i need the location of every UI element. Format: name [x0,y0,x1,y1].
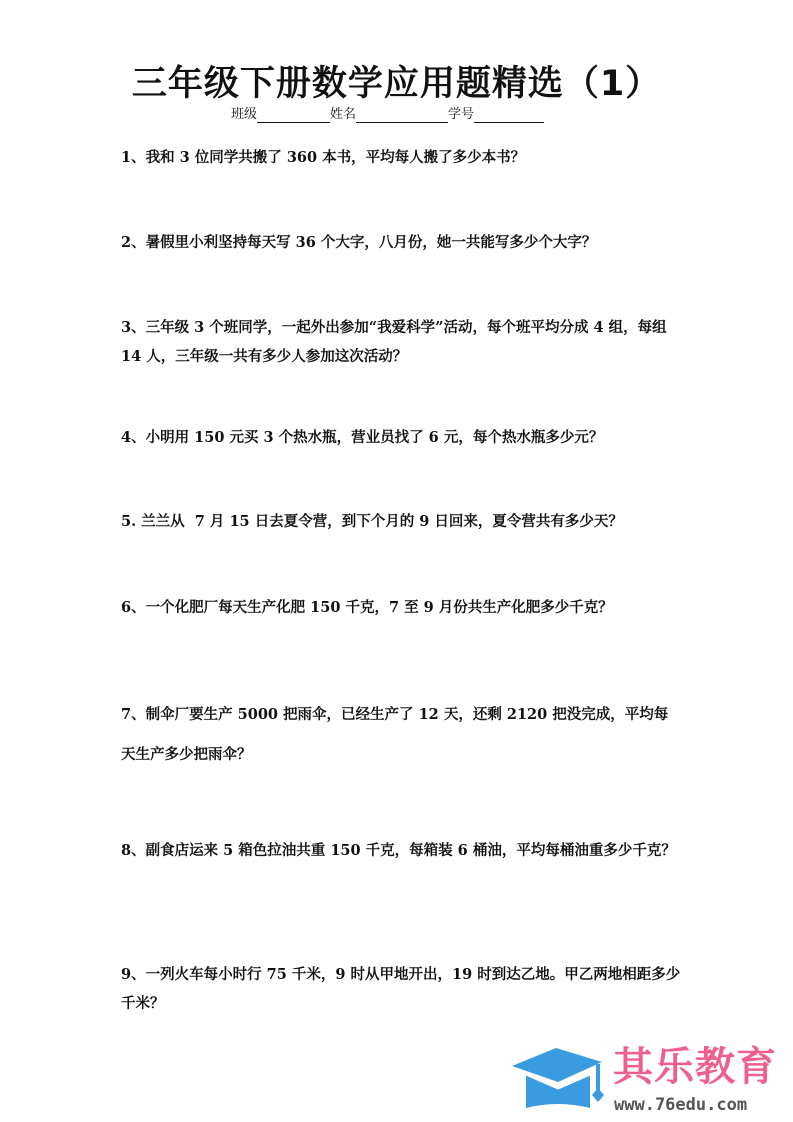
name-label: 姓名 [330,106,356,124]
student-id-blank-line [474,107,544,123]
question-6: 6、一个化肥厂每天生产化肥 150 千克，7 至 9 月份共生产化肥多少千克？ [121,593,681,622]
question-9: 9、一列火车每小时行 75 千米，9 时从甲地开出，19 时到达乙地。甲乙两地相… [121,960,681,1018]
question-8: 8、副食店运来 5 箱色拉油共重 150 千克，每箱装 6 桶油，平均每桶油重多… [121,836,681,865]
question-7: 7、制伞厂要生产 5000 把雨伞，已经生产了 12 天，还剩 2120 把没完… [121,695,681,775]
page-title: 三年级下册数学应用题精选（1） [0,60,793,108]
question-4: 4、小明用 150 元买 3 个热水瓶，营业员找了 6 元，每个热水瓶多少元？ [121,423,681,452]
question-2: 2、暑假里小利坚持每天写 36 个大字，八月份，她一共能写多少个大字？ [121,228,681,257]
student-info-row: 班级 姓名 学号 [231,104,544,124]
brand-url: www.76edu.com [614,1094,747,1116]
question-5: 5. 兰兰从 7 月 15 日去夏令营，到下个月的 9 日回来，夏令营共有多少天… [121,507,681,536]
brand-watermark: 其乐教育 www.76edu.com [508,1040,793,1122]
graduation-cap-icon [510,1044,606,1120]
name-blank-line [356,107,448,123]
brand-name: 其乐教育 [613,1042,777,1092]
question-1: 1、我和 3 位同学共搬了 360 本书，平均每人搬了多少本书？ [121,143,681,172]
class-blank-line [257,107,330,123]
student-id-label: 学号 [448,106,474,124]
question-3: 3、三年级 3 个班同学，一起外出参加“我爱科学”活动，每个班平均分成 4 组，… [121,313,681,371]
class-label: 班级 [231,106,257,124]
